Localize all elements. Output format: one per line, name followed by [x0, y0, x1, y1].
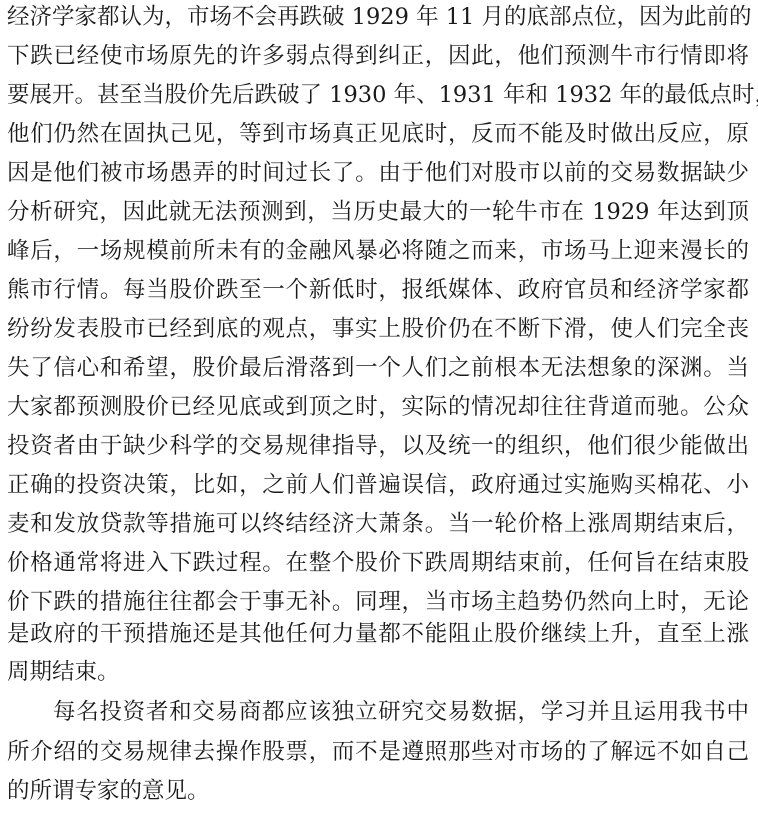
text-line: 所介绍的交易规律去操作股票，而不是遵照那些对市场的了解远不如自己	[7, 737, 749, 767]
text-line: 麦和发放贷款等措施可以终结经济大萧条。当一轮价格上涨周期结束后，	[7, 509, 749, 539]
text-line: 经济学家都认为，市场不会再跌破 1929 年 11 月的底部点位，因为此前的	[7, 2, 749, 32]
text-line: 他们仍然在固执己见，等到市场真正见底时，反而不能及时做出反应，原	[7, 119, 749, 149]
text-line: 因是他们被市场愚弄的时间过长了。由于他们对股市以前的交易数据缺少	[7, 158, 749, 188]
text-line: 价格通常将进入下跌过程。在整个股价下跌周期结束前，任何旨在结束股	[7, 548, 749, 578]
text-line: 正确的投资决策，比如，之前人们普遍误信，政府通过实施购买棉花、小	[7, 470, 749, 500]
text-line: 的所谓专家的意见。	[7, 776, 749, 806]
text-line: 峰后，一场规模前所未有的金融风暴必将随之而来，市场马上迎来漫长的	[7, 236, 749, 266]
text-line: 大家都预测股价已经见底或到顶之时，实际的情况却往往背道而驰。公众	[7, 392, 749, 422]
text-line: 熊市行情。每当股价跌至一个新低时，报纸媒体、政府官员和经济学家都	[7, 275, 749, 305]
text-line: 投资者由于缺少科学的交易规律指导，以及统一的组织，他们很少能做出	[7, 431, 749, 461]
text-line: 周期结束。	[7, 657, 749, 687]
text-line: 下跌已经使市场原先的许多弱点得到纠正，因此，他们预测牛市行情即将	[7, 41, 749, 71]
text-line: 要展开。甚至当股价先后跌破了 1930 年、1931 年和 1932 年的最低点…	[7, 80, 749, 110]
text-line: 分析研究，因此就无法预测到，当历史最大的一轮牛市在 1929 年达到顶	[7, 197, 749, 227]
text-line: 纷纷发表股市已经到底的观点，事实上股价仍在不断下滑，使人们完全丧	[7, 314, 749, 344]
text-line: 每名投资者和交易商都应该独立研究交易数据，学习并且运用我书中	[7, 697, 749, 727]
text-line: 价下跌的措施往往都会于事无补。同理，当市场主趋势仍然向上时，无论	[7, 587, 749, 617]
text-line: 失了信心和希望，股价最后滑落到一个人们之前根本无法想象的深渊。当	[7, 353, 749, 383]
text-line: 是政府的干预措施还是其他任何力量都不能阻止股价继续上升，直至上涨	[7, 619, 749, 649]
